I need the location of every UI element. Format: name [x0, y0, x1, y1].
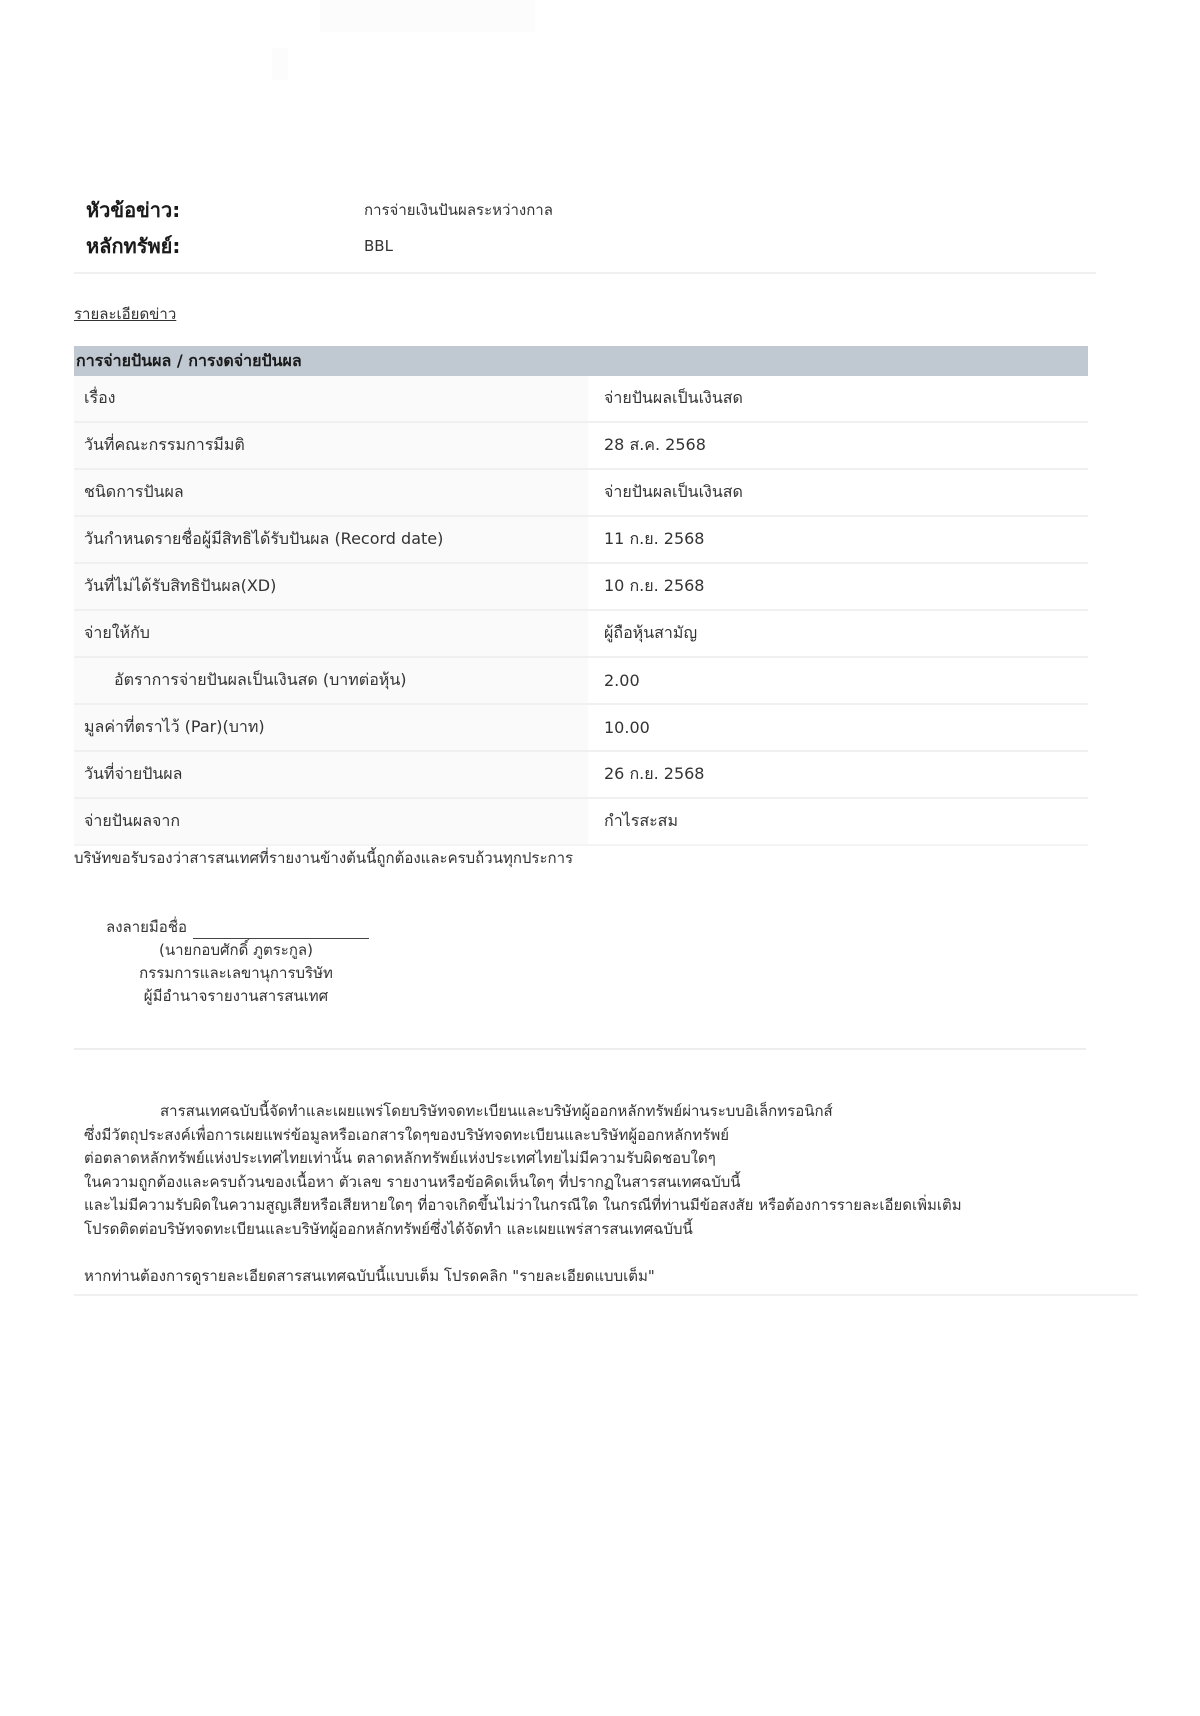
- signature-underline: [193, 923, 369, 939]
- table-row: วันที่ไม่ได้รับสิทธิปันผล(XD) 10 ก.ย. 25…: [74, 564, 1088, 611]
- row-label: วันที่ไม่ได้รับสิทธิปันผล(XD): [74, 564, 588, 609]
- disclaimer-line: โปรดติดต่อบริษัทจดทะเบียนและบริษัทผู้ออก…: [84, 1218, 1144, 1242]
- table-row: มูลค่าที่ตราไว้ (Par)(บาท) 10.00: [74, 705, 1088, 752]
- disclaimer-line: ซึ่งมีวัตถุประสงค์เพื่อการเผยแพร่ข้อมูลห…: [84, 1124, 1144, 1148]
- headline-value: การจ่ายเงินปันผลระหว่างกาล: [364, 198, 553, 222]
- row-label: วันที่จ่ายปันผล: [74, 752, 588, 797]
- table-row: อัตราการจ่ายปันผลเป็นเงินสด (บาทต่อหุ้น)…: [74, 658, 1088, 705]
- row-value: 26 ก.ย. 2568: [588, 752, 1088, 797]
- disclaimer-line: ในความถูกต้องและครบถ้วนของเนื้อหา ตัวเลข…: [84, 1171, 1144, 1195]
- security-row: หลักทรัพย์: BBL: [74, 228, 1096, 264]
- row-value: 11 ก.ย. 2568: [588, 517, 1088, 562]
- row-value: 10.00: [588, 705, 1088, 750]
- row-value: ผู้ถือหุ้นสามัญ: [588, 611, 1088, 656]
- security-label: หลักทรัพย์:: [74, 230, 364, 262]
- headline-label: หัวข้อข่าว:: [74, 194, 364, 226]
- headline-row: หัวข้อข่าว: การจ่ายเงินปันผลระหว่างกาล: [74, 192, 1096, 228]
- disclaimer-line: ต่อตลาดหลักทรัพย์แห่งประเทศไทยเท่านั้น ต…: [84, 1147, 1144, 1171]
- signatory-position: กรรมการและเลขานุการบริษัท: [106, 962, 366, 985]
- row-value: 10 ก.ย. 2568: [588, 564, 1088, 609]
- row-label: มูลค่าที่ตราไว้ (Par)(บาท): [74, 705, 588, 750]
- signatory-name: (นายกอบศักดิ์ ภูตระกูล): [106, 939, 366, 962]
- full-detail-note: หากท่านต้องการดูรายละเอียดสารสนเทศฉบับนี…: [84, 1264, 655, 1288]
- table-title: การจ่ายปันผล / การงดจ่ายปันผล: [74, 346, 1088, 376]
- signatory-authority: ผู้มีอำนาจรายงานสารสนเทศ: [106, 985, 366, 1008]
- table-row: วันที่จ่ายปันผล 26 ก.ย. 2568: [74, 752, 1088, 799]
- section-divider: [74, 1048, 1086, 1050]
- row-label: อัตราการจ่ายปันผลเป็นเงินสด (บาทต่อหุ้น): [74, 658, 588, 703]
- row-label: จ่ายปันผลจาก: [74, 799, 588, 844]
- row-label: วันที่คณะกรรมการมีมติ: [74, 423, 588, 468]
- row-value: จ่ายปันผลเป็นเงินสด: [588, 376, 1088, 421]
- disclaimer-line: และไม่มีความรับผิดในความสูญเสียหรือเสียห…: [84, 1194, 1144, 1218]
- disclaimer: สารสนเทศฉบับนี้จัดทำและเผยแพร่โดยบริษัทจ…: [84, 1100, 1144, 1241]
- news-header: หัวข้อข่าว: การจ่ายเงินปันผลระหว่างกาล ห…: [74, 192, 1096, 274]
- row-value: 2.00: [588, 658, 1088, 703]
- disclaimer-line: สารสนเทศฉบับนี้จัดทำและเผยแพร่โดยบริษัทจ…: [84, 1100, 1144, 1124]
- table-row: เรื่อง จ่ายปันผลเป็นเงินสด: [74, 376, 1088, 423]
- row-label: ชนิดการปันผล: [74, 470, 588, 515]
- row-label: วันกำหนดรายชื่อผู้มีสิทธิได้รับปันผล (Re…: [74, 517, 588, 562]
- table-row: วันที่คณะกรรมการมีมติ 28 ส.ค. 2568: [74, 423, 1088, 470]
- table-row: จ่ายให้กับ ผู้ถือหุ้นสามัญ: [74, 611, 1088, 658]
- row-value: จ่ายปันผลเป็นเงินสด: [588, 470, 1088, 515]
- table-row: ชนิดการปันผล จ่ายปันผลเป็นเงินสด: [74, 470, 1088, 517]
- faint-top-mark: [272, 48, 288, 80]
- signature-line: ลงลายมือชื่อ: [106, 916, 406, 939]
- footer-divider: [74, 1294, 1138, 1296]
- signature-block: ลงลายมือชื่อ (นายกอบศักดิ์ ภูตระกูล) กรร…: [106, 916, 406, 1008]
- news-detail-link[interactable]: รายละเอียดข่าว: [74, 302, 176, 326]
- row-label: จ่ายให้กับ: [74, 611, 588, 656]
- table-row: วันกำหนดรายชื่อผู้มีสิทธิได้รับปันผล (Re…: [74, 517, 1088, 564]
- faint-top-bar: [320, 0, 535, 32]
- row-value: 28 ส.ค. 2568: [588, 423, 1088, 468]
- dividend-table: การจ่ายปันผล / การงดจ่ายปันผล เรื่อง จ่า…: [74, 346, 1088, 846]
- table-row: จ่ายปันผลจาก กำไรสะสม: [74, 799, 1088, 846]
- signature-label: ลงลายมือชื่อ: [106, 916, 187, 939]
- certification-statement: บริษัทขอรับรองว่าสารสนเทศที่รายงานข้างต้…: [74, 846, 573, 870]
- security-value: BBL: [364, 237, 393, 255]
- row-label: เรื่อง: [74, 376, 588, 421]
- row-value: กำไรสะสม: [588, 799, 1088, 844]
